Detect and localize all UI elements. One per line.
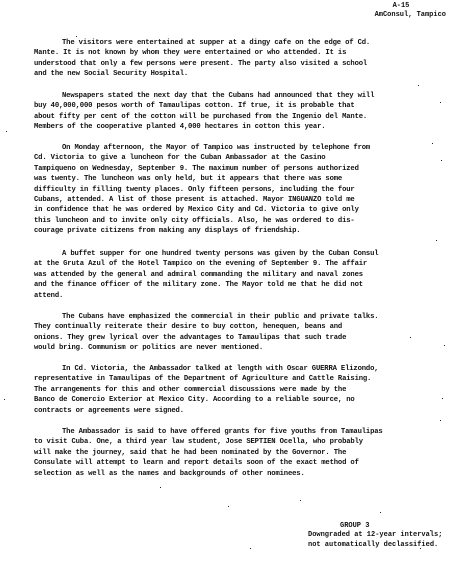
scan-speck <box>441 160 442 161</box>
text-line: They continually reiterate their desire … <box>34 322 438 332</box>
scan-speck <box>410 337 411 338</box>
text-line: representative in Tamaulipas of the Depa… <box>34 374 438 384</box>
text-line: On Monday afternoon, the Mayor of Tampic… <box>34 143 438 153</box>
scan-speck <box>6 131 7 132</box>
text-line: Cd. Victoria to give a luncheon for the … <box>34 153 438 163</box>
document-page: A-15 AmConsul, Tampico The visitors were… <box>0 0 450 564</box>
declassify-note: not automatically declassified. <box>308 541 442 550</box>
text-line: was twenty. The luncheon was only held, … <box>34 174 438 184</box>
text-line: Newspapers stated the next day that the … <box>34 91 438 101</box>
paragraph-cd-victoria: In Cd. Victoria, the Ambassador talked a… <box>34 364 438 416</box>
scan-speck <box>440 420 441 421</box>
group-label: GROUP 3 <box>308 522 442 531</box>
text-line: The Ambassador is said to have offered g… <box>34 427 438 437</box>
paragraph-visitors: The visitors were entertained at supper … <box>34 38 438 80</box>
paragraph-monday-luncheon: On Monday afternoon, the Mayor of Tampic… <box>34 143 438 237</box>
text-line: Mante. It is not known by whom they were… <box>34 48 438 58</box>
post-location: AmConsul, Tampico <box>375 11 446 20</box>
scan-speck <box>436 240 437 241</box>
text-line: buy 40,000,000 pesos worth of Tamaulipas… <box>34 101 438 111</box>
scan-speck <box>76 36 77 37</box>
text-line: The visitors were entertained at supper … <box>34 38 438 48</box>
text-line: Tampiqueno on Wednesday, September 9. Th… <box>34 164 438 174</box>
classification-marking: GROUP 3 Downgraded at 12-year intervals;… <box>308 522 442 550</box>
text-line: The arrangements for this and other comm… <box>34 385 438 395</box>
text-line: understood that only a few persons were … <box>34 59 438 69</box>
text-line: In Cd. Victoria, the Ambassador talked a… <box>34 364 438 374</box>
text-line: at the Gruta Azul of the Hotel Tampico o… <box>34 259 438 269</box>
text-line: Banco de Comercio Exterior at Mexico Cit… <box>34 395 438 405</box>
scan-speck <box>442 398 443 399</box>
scan-speck <box>300 500 301 501</box>
scan-speck <box>432 143 433 144</box>
scan-speck <box>4 399 5 400</box>
page-header: A-15 AmConsul, Tampico <box>375 2 446 20</box>
text-line: attend. <box>34 291 438 301</box>
text-line: selection as well as the names and backg… <box>34 469 438 479</box>
text-line: about fifty per cent of the cotton will … <box>34 112 438 122</box>
text-line: and the finance officer of the military … <box>34 280 438 290</box>
text-line: A buffet supper for one hundred twenty p… <box>34 249 438 259</box>
text-line: Cubans, attended. A list of those presen… <box>34 195 438 205</box>
scan-speck <box>380 512 381 513</box>
text-line: would bring. Communism or politics are n… <box>34 343 438 353</box>
paragraph-buffet-supper: A buffet supper for one hundred twenty p… <box>34 249 438 301</box>
text-line: Consulate will attempt to learn and repo… <box>34 458 438 468</box>
scan-speck <box>420 548 421 549</box>
text-line: was attended by the general and admiral … <box>34 270 438 280</box>
text-line: to visit Cuba. One, a third year law stu… <box>34 437 438 447</box>
scan-speck <box>418 85 419 86</box>
paragraph-grants: The Ambassador is said to have offered g… <box>34 427 438 479</box>
paragraph-commercial: The Cubans have emphasized the commercia… <box>34 312 438 354</box>
text-line: in confidence that he was ordered by Mex… <box>34 205 438 215</box>
paragraph-newspapers: Newspapers stated the next day that the … <box>34 91 438 133</box>
scan-speck <box>444 345 445 346</box>
page-reference: A-15 <box>375 2 446 11</box>
text-line: this luncheon and to invite only city of… <box>34 216 438 226</box>
scan-speck <box>228 506 229 507</box>
scan-speck <box>430 530 431 531</box>
text-line: The Cubans have emphasized the commercia… <box>34 312 438 322</box>
scan-speck <box>160 487 161 488</box>
text-line: contracts or agreements were signed. <box>34 406 438 416</box>
downgrade-note: Downgraded at 12-year intervals; <box>308 531 442 540</box>
text-line: onions. They grew lyrical over the advan… <box>34 333 438 343</box>
text-line: and the new Social Security Hospital. <box>34 69 438 79</box>
text-line: difficulty in filling twenty places. Onl… <box>34 185 438 195</box>
scan-speck <box>440 102 441 103</box>
text-line: will make the journey, said that he had … <box>34 448 438 458</box>
text-line: Members of the cooperative planted 4,000… <box>34 122 438 132</box>
text-line: courage private citizens from making any… <box>34 226 438 236</box>
scan-speck <box>250 548 251 549</box>
